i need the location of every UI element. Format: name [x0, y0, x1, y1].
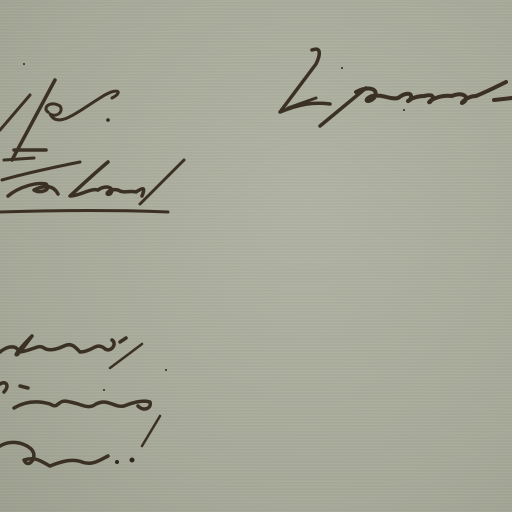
manuscript-page: 1/e Flores ...dhus, ...vams, ...lori. 2 … [0, 0, 512, 512]
fraction-mark [0, 80, 118, 160]
right-text-proced [280, 49, 512, 126]
handwriting-ink [0, 0, 512, 512]
lower-lines [0, 336, 160, 466]
heading-flores [0, 160, 184, 212]
